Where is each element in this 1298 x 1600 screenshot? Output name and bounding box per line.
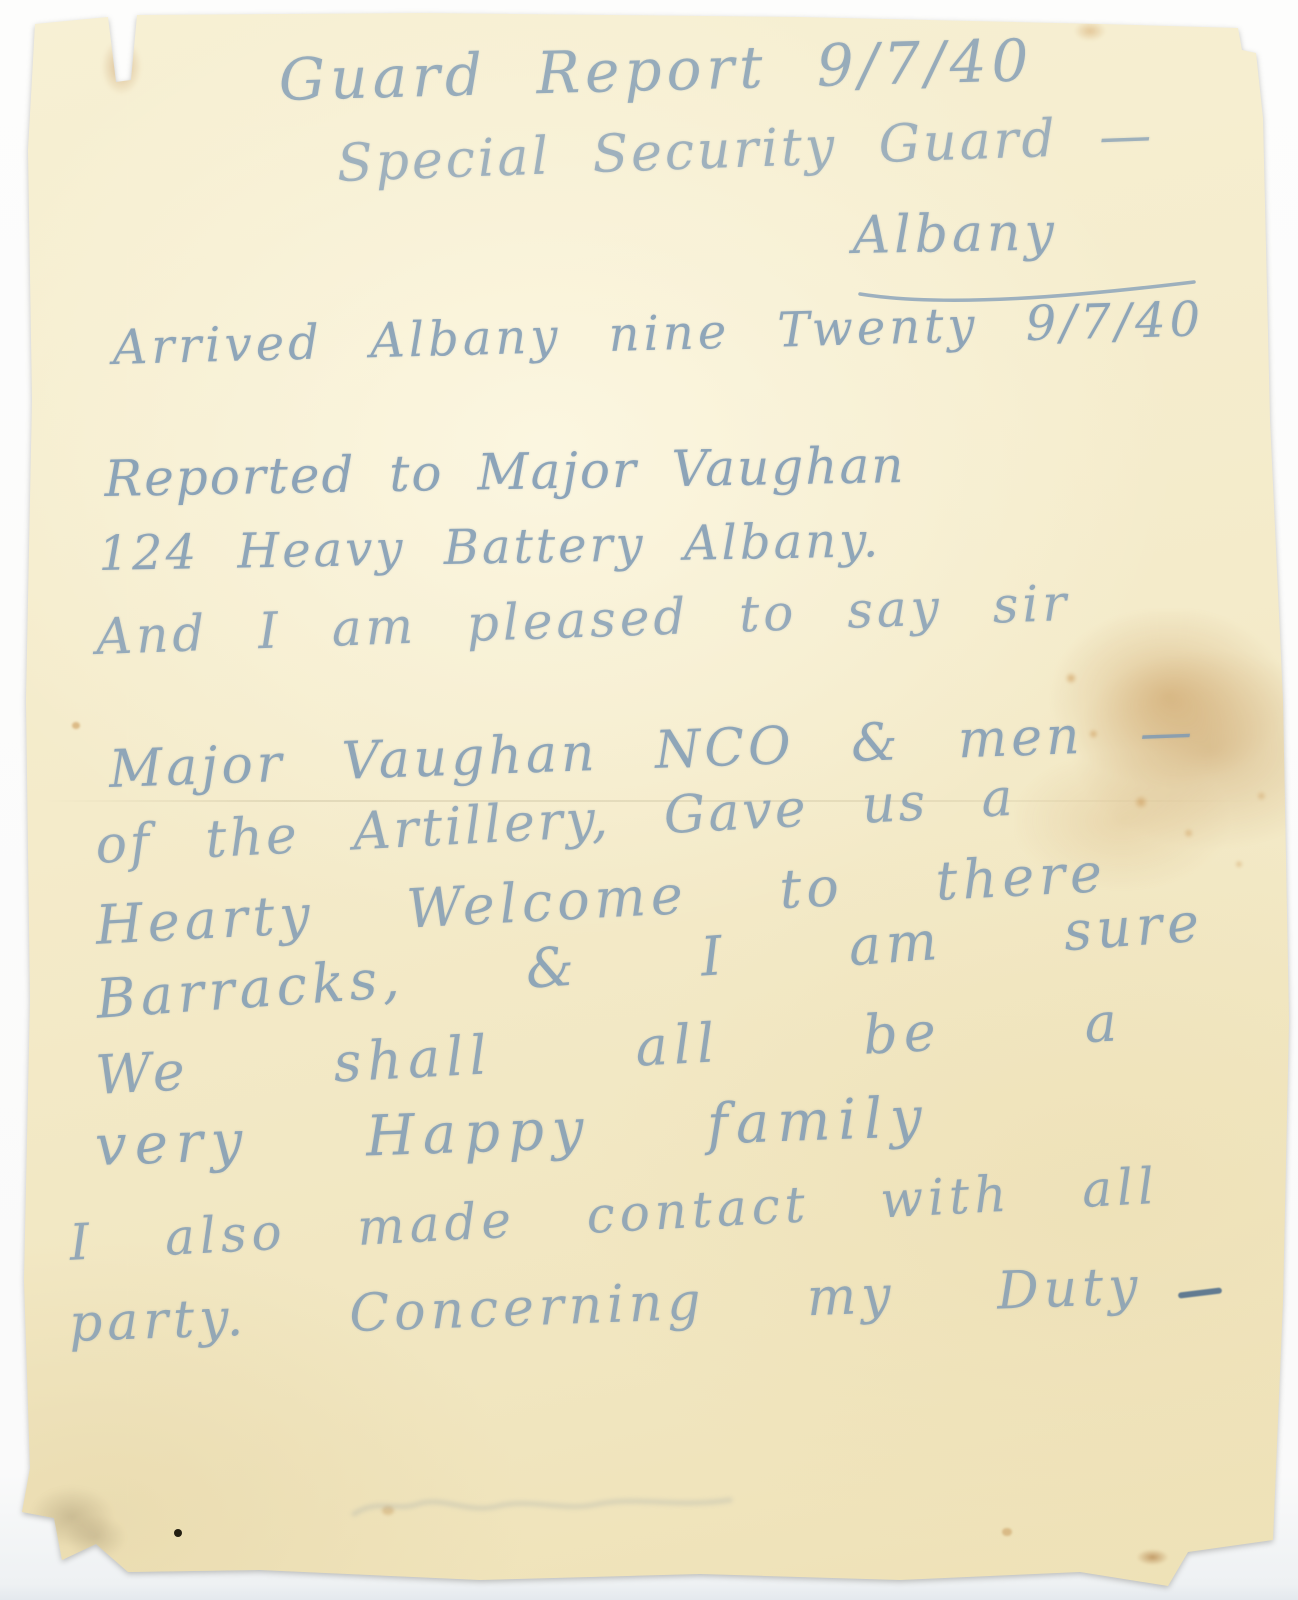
report-location: Albany: [852, 202, 1058, 266]
paper-fleck: [72, 722, 80, 729]
report-subtitle: Special Security Guard —: [336, 105, 1155, 193]
paper-sheet: Guard Report 9/7/40 Special Security Gua…: [0, 0, 1298, 1600]
report-title: Guard Report 9/7/40: [278, 26, 1034, 114]
handwritten-line: party. Concerning my Duty: [68, 1257, 1143, 1354]
handwritten-line: And I am pleased to say sir: [95, 574, 1071, 666]
ink-fleck: [174, 1529, 182, 1537]
stains-bottomright: [1110, 1532, 1280, 1588]
smudge-bottomleft: [18, 1484, 138, 1566]
handwritten-line: Reported to Major Vaughan: [104, 436, 906, 508]
faint-pencil-smudge: [348, 1478, 738, 1530]
handwritten-line: Major Vaughan NCO & men —: [108, 702, 1197, 800]
stain-topright: [1068, 16, 1112, 46]
paper-fleck: [1002, 1528, 1012, 1536]
scanned-document: Guard Report 9/7/40 Special Security Gua…: [0, 0, 1298, 1600]
paper-shadow-wrap: Guard Report 9/7/40 Special Security Gua…: [0, 0, 1298, 1600]
handwritten-line: Arrived Albany nine Twenty 9/7/40: [112, 291, 1205, 376]
pencil-dash-mark: [1178, 1287, 1222, 1298]
handwritten-line: 124 Heavy Battery Albany.: [98, 512, 882, 582]
stain-topleft-tear: [100, 38, 148, 102]
